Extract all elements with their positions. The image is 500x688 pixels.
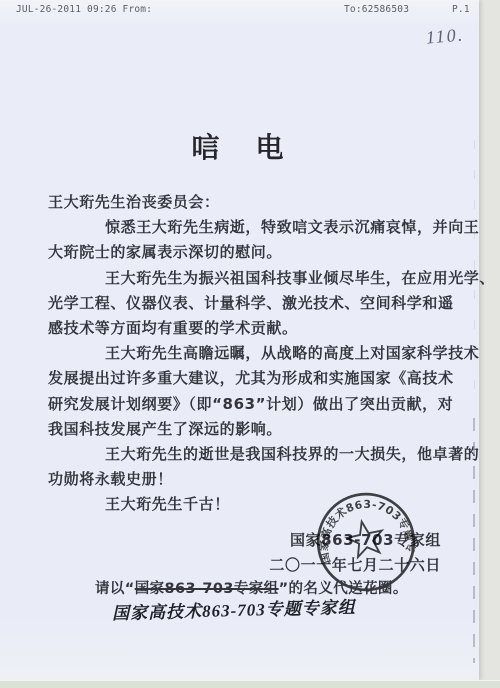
fax-date-from: JUL-26-2011 09:26 From:: [16, 4, 152, 15]
fax-header: JUL-26-2011 09:26 From: To:62586503 P.1: [0, 4, 479, 18]
scanned-fax-document: { "fax_header": { "from": "JUL-26-2011 0…: [0, 0, 500, 688]
letter-paper: JUL-26-2011 09:26 From: To:62586503 P.1 …: [0, 0, 479, 681]
body-line: 我国科技发展产生了深远的影响。: [48, 417, 458, 442]
body-line: 感技术等方面均有重要的学术贡献。: [48, 316, 458, 341]
letter-body: 王大珩先生治丧委员会： 惊悉王大珩先生病逝，特致唁文表示沉痛哀悼，并向王 大珩院…: [48, 190, 458, 517]
handwritten-correction: 国家高技术863-703专题专家组: [112, 593, 356, 624]
handwritten-page-number: 110.: [425, 24, 465, 48]
body-line: 惊悉王大珩先生病逝，特致唁文表示沉痛哀悼，并向王: [48, 215, 458, 240]
document-title: 唁 电: [0, 126, 479, 166]
scanner-edge-strip: [0, 680, 500, 688]
body-line: 王大珩先生为振兴祖国科技事业倾尽毕生，在应用光学、: [48, 266, 458, 291]
paper-fold-artifact: [473, 418, 475, 663]
fax-page-number: P.1: [452, 4, 470, 15]
body-line: 王大珩先生的逝世是我国科技界的一大损失，他卓著的: [48, 442, 458, 467]
salutation-line: 王大珩先生治丧委员会：: [48, 190, 458, 215]
body-line: 研究发展计划纲要》（即“863”计划）做出了突出贡献，对: [48, 392, 458, 417]
paper-fold-artifact-faint: [474, 140, 475, 400]
body-line: 大珩院士的家属表示深切的慰问。: [48, 240, 458, 265]
body-line: 光学工程、仪器仪表、计量科学、激光技术、空间科学和遥: [48, 291, 458, 316]
star-icon: [344, 518, 386, 559]
body-line: 王大珩先生高瞻远瞩，从战略的高度上对国家科学技术: [48, 341, 458, 366]
body-line: 发展提出过许多重大建议，尤其为形成和实施国家《高技术: [48, 366, 458, 391]
fax-to-number: To:62586503: [344, 4, 409, 15]
note-prefix: 请以“: [95, 581, 135, 597]
